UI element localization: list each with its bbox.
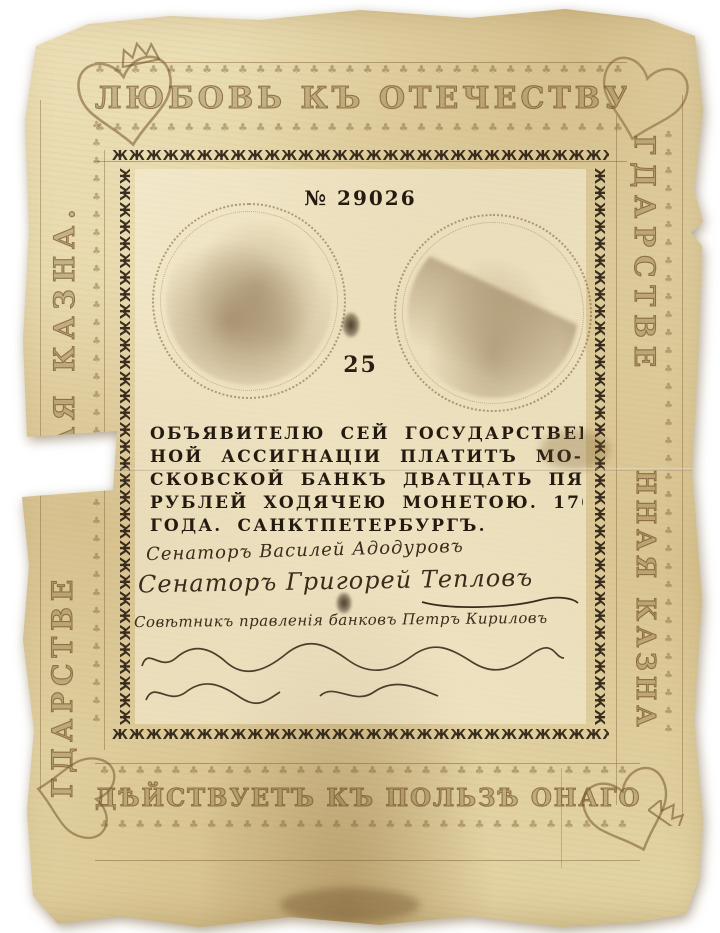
- vertical-fold-crease: [561, 768, 562, 868]
- crown-icon-top-left: [118, 40, 160, 68]
- vine-line-left-inner: [104, 150, 105, 750]
- obligation-line: РУБЛЕЙ ХОДЯЧЕЮ МОНЕТОЮ. 1769: [150, 492, 583, 515]
- frame-border-bottom: ЖЖЖЖЖЖЖЖЖЖЖЖЖЖЖЖЖЖЖЖЖЖЖЖЖЖЖЖЖЖЖЖЖЖЖЖЖЖЖЖ…: [112, 725, 609, 747]
- vine-column-left: ♣♣♣♣♣♣♣♣♣♣♣♣♣♣♣♣♣♣♣♣♣♣♣♣♣♣♣♣♣♣♣♣♣♣: [88, 120, 102, 740]
- banknote-paper: ♣♣♣♣♣♣♣♣♣♣♣♣♣♣♣♣♣♣♣♣♣♣♣♣♣♣♣♣♣♣ ЛЮБОВЬ КЪ…: [0, 0, 720, 933]
- heart-ornament-top-right: [592, 50, 692, 150]
- vine-row-bottom-lower: ♣♣♣♣♣♣♣♣♣♣♣♣♣♣♣♣♣♣♣♣♣♣♣♣♣♣♣♣♣♣: [95, 818, 640, 832]
- frame-border-left: ЖЖЖЖЖЖЖЖЖЖЖЖЖЖЖЖЖЖЖЖЖЖЖЖЖЖЖЖЖЖЖЖЖЖЖЖЖЖЖЖ: [112, 168, 134, 725]
- text-area-stain: [540, 430, 610, 470]
- watermark-text-bottom: ДѢЙСТВУЕТЪ КЪ ПОЛЬЗѢ ОНАГО: [95, 778, 640, 818]
- ink-blot-center: [342, 312, 360, 338]
- embossed-seal-rock: [394, 214, 592, 412]
- heart-ornament-bottom-left: [28, 748, 123, 843]
- banknote-scan: ♣♣♣♣♣♣♣♣♣♣♣♣♣♣♣♣♣♣♣♣♣♣♣♣♣♣♣♣♣♣ ЛЮБОВЬ КЪ…: [0, 0, 720, 933]
- obligation-line: НОЙ АССИГНАЦIИ ПЛАТИТЪ МО-: [150, 446, 583, 469]
- bottom-edge-stain: [280, 888, 420, 922]
- denomination-numeral: 25: [137, 352, 584, 378]
- obligation-line: СКОВСКОЙ БАНКЪ ДВАТЦАТЬ ПЯТЬ: [150, 469, 583, 492]
- vine-line-left-outer: [40, 100, 41, 790]
- vine-line-right-outer: [682, 95, 683, 815]
- ink-blot-signature: [336, 592, 352, 614]
- vine-column-right: ♣♣♣♣♣♣♣♣♣♣♣♣♣♣♣♣♣♣♣♣♣♣♣♣♣♣♣♣♣♣♣♣♣♣: [660, 130, 674, 750]
- watermark-text-left-upper: АЯ КАЗНА.: [48, 120, 81, 450]
- watermark-text-right-upper: ГДАРСТВЕ: [628, 135, 661, 465]
- illegible-signature-4: [138, 642, 568, 680]
- crown-icon-bottom-right: [648, 800, 688, 826]
- vine-row-bottom-upper: ♣♣♣♣♣♣♣♣♣♣♣♣♣♣♣♣♣♣♣♣♣♣♣♣♣♣♣♣♣♣: [95, 764, 640, 778]
- serial-number: № 29026: [137, 186, 584, 210]
- obligation-line: ОБЪЯВИТЕЛЮ СЕЙ ГОСУДАРСТВЕН-: [150, 423, 583, 446]
- illegible-signature-5: [142, 678, 452, 714]
- paper-shadow: ♣♣♣♣♣♣♣♣♣♣♣♣♣♣♣♣♣♣♣♣♣♣♣♣♣♣♣♣♣♣ ЛЮБОВЬ КЪ…: [0, 0, 720, 933]
- watermark-band-bottom: ♣♣♣♣♣♣♣♣♣♣♣♣♣♣♣♣♣♣♣♣♣♣♣♣♣♣♣♣♣♣ ДѢЙСТВУЕТ…: [95, 763, 640, 861]
- obligation-line: ГОДА. САНКТПЕТЕРБУРГЪ.: [150, 515, 583, 538]
- obligation-text: ОБЪЯВИТЕЛЮ СЕЙ ГОСУДАРСТВЕН- НОЙ АССИГНА…: [150, 423, 583, 538]
- horizontal-fold-crease: [24, 468, 696, 471]
- frame-border-top: ЖЖЖЖЖЖЖЖЖЖЖЖЖЖЖЖЖЖЖЖЖЖЖЖЖЖЖЖЖЖЖЖЖЖЖЖЖЖЖЖ…: [112, 146, 609, 168]
- vine-line-right-inner: [616, 115, 617, 805]
